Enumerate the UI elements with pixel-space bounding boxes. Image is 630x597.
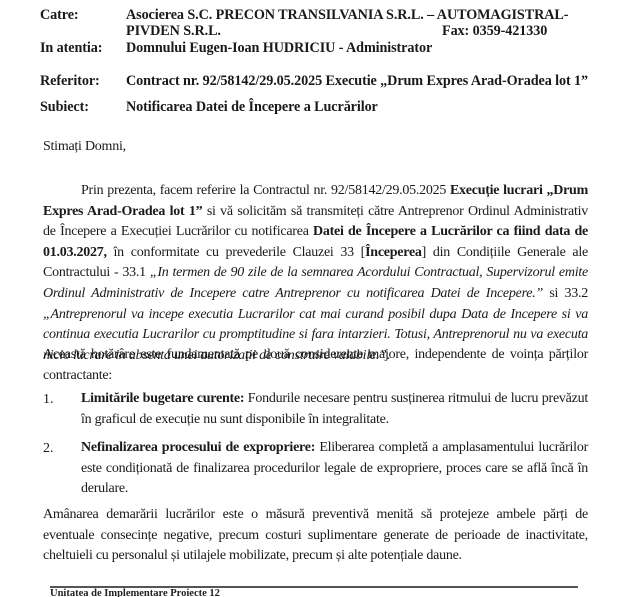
recipient-line-1: Asocierea S.C. PRECON TRANSILVANIA S.R.L…: [126, 7, 568, 23]
recipient-label: Catre:: [40, 7, 79, 23]
p1-text-1: Prin prezenta, facem referire la Contrac…: [81, 183, 450, 198]
recipient-line-2: PIVDEN S.R.L.: [126, 23, 221, 39]
subject-value: Notificarea Datei de Începere a Lucrăril…: [126, 99, 378, 115]
footer-unit-name: Unitatea de Implementare Proiecte 12: [50, 588, 220, 597]
salutation: Stimați Domni,: [43, 137, 588, 158]
attention-value: Domnului Eugen-Ioan HUDRICIU - Administr…: [126, 40, 432, 56]
letter-page: Catre: Asocierea S.C. PRECON TRANSILVANI…: [0, 0, 630, 597]
attention-label: In atentia:: [40, 40, 102, 56]
list-item-2-title: Nefinalizarea procesului de expropriere:: [81, 440, 315, 455]
list-item-expropriation: Nefinalizarea procesului de expropriere:…: [81, 438, 588, 500]
paragraph-reference: Prin prezenta, facem referire la Contrac…: [43, 181, 588, 366]
paragraph-considerations: Această hotărâre este fundamentată pe do…: [43, 345, 588, 386]
list-number-2: 2.: [43, 441, 54, 457]
list-item-1-title: Limitările bugetare curente:: [81, 391, 244, 406]
fax-number: Fax: 0359-421330: [442, 23, 547, 39]
p1-text-5: si 33.2: [543, 286, 588, 301]
subject-label: Subiect:: [40, 99, 89, 115]
paragraph-postponement: Amânarea demarării lucrărilor este o măs…: [43, 505, 588, 567]
reference-value: Contract nr. 92/58142/29.05.2025 Executi…: [126, 73, 588, 89]
p1-text-3: în conformitate cu prevederile Clauzei 3…: [107, 245, 365, 260]
p1-bold-clause: Începerea: [365, 245, 422, 260]
reference-label: Referitor:: [40, 73, 100, 89]
list-item-budget: Limitările bugetare curente: Fondurile n…: [81, 389, 588, 430]
list-number-1: 1.: [43, 392, 54, 408]
